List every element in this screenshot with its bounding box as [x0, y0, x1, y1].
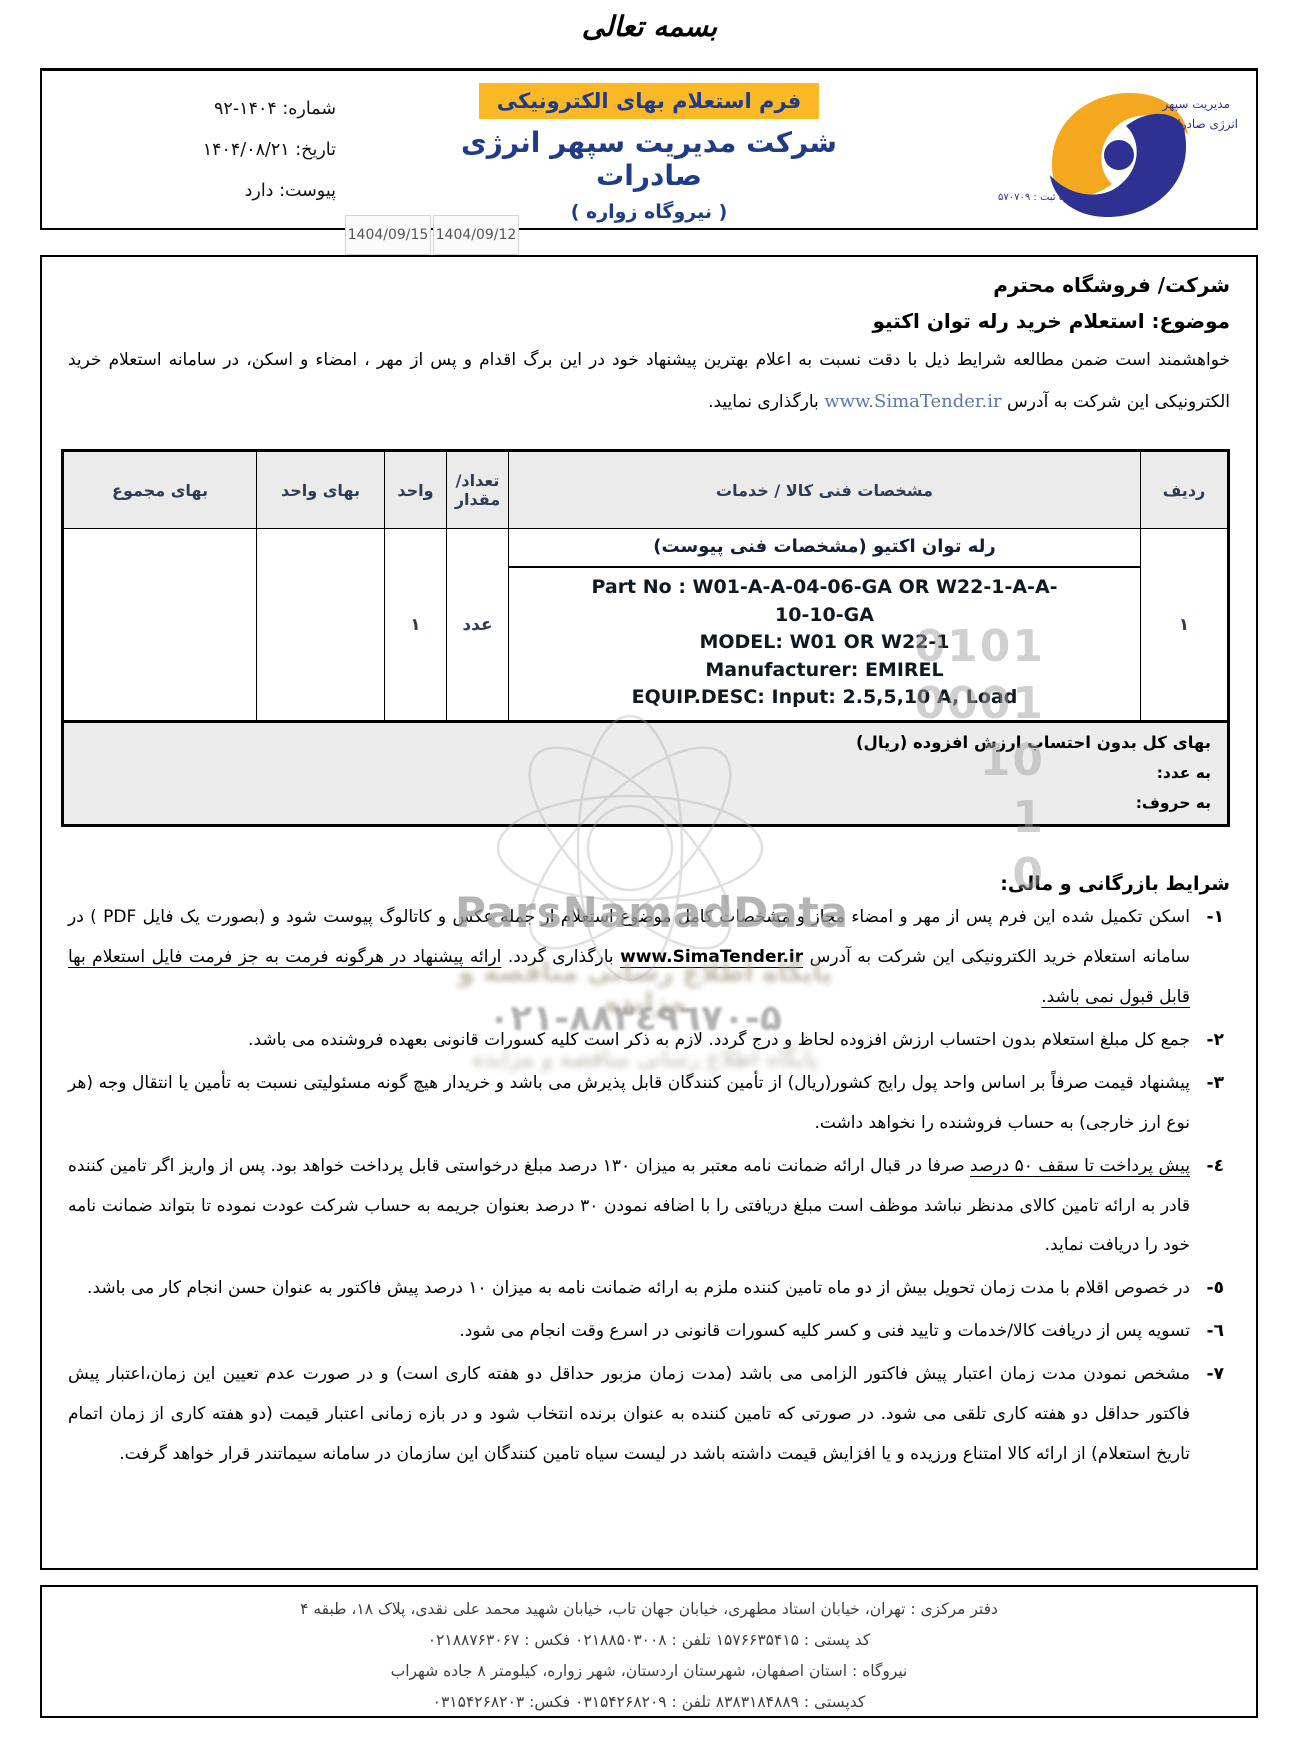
number-value: ۱۴۰۴-۹۲ [214, 99, 277, 119]
header-meta: شماره: ۱۴۰۴-۹۲ تاریخ: ۱۴۰۴/۰۸/۲۱ پیوست: … [100, 89, 336, 212]
condition-item: ۱-اسکن تکمیل شده این فرم پس از مهر و امض… [68, 898, 1230, 1018]
table-header-row: ردیف مشخصات فنی کالا / خدمات تعداد/ مقدا… [63, 451, 1229, 529]
attachment-line: پیوست: دارد [100, 171, 336, 212]
spec-line: MODEL: W01 OR W22-1 [521, 629, 1128, 657]
spec-line: EQUIP.DESC: Input: 2.5,5,10 A, Load [521, 684, 1128, 712]
header-titles: فرم استعلام بهای الکترونیکی شرکت مدیریت … [409, 83, 889, 223]
condition-item: ۳-پیشنهاد قیمت صرفاً بر اساس واحد پول را… [68, 1064, 1230, 1144]
total-in-words-label[interactable]: به حروف: [80, 794, 1211, 812]
date-stamp: 1404/09/12 [433, 215, 519, 255]
condition-text: بارگذاری گردد. [501, 947, 620, 967]
intro-text-before: خواهشمند است ضمن مطالعه شرایط ذیل با دقت… [68, 350, 1230, 412]
letter-date-line: تاریخ: ۱۴۰۴/۰۸/۲۱ [100, 130, 336, 171]
logo-text-line1: مدیریت سپهر [1163, 97, 1230, 111]
condition-number: ۲- [1207, 1021, 1224, 1061]
subject-line: موضوع: استعلام خرید رله توان اکتیو [68, 309, 1230, 333]
logo-registration-number: شماره ثبت : ۵۷۰۷۰۹ [998, 192, 1086, 203]
total-without-vat-label: بهای کل بدون احتساب ارزش افزوده (ریال) [80, 733, 1211, 752]
footer-contact-box: دفتر مرکزی : تهران، خیابان استاد مطهری، … [40, 1585, 1258, 1718]
cell-total-price[interactable] [63, 529, 257, 722]
condition-item: ٤-پیش پرداخت تا سقف ۵۰ درصد صرفا در قبال… [68, 1147, 1230, 1267]
condition-text: جمع کل مبلغ استعلام بدون احتساب ارزش افز… [248, 1030, 1190, 1050]
simatender-link[interactable]: www.SimaTender.ir [620, 947, 803, 967]
condition-item: ٦-تسویه پس از دریافت کالا/خدمات و تایید … [68, 1312, 1230, 1352]
condition-number: ۱- [1207, 898, 1224, 938]
date-label: تاریخ: [295, 140, 336, 160]
date-stamp: 1404/09/15 [345, 215, 431, 255]
date-stamps: 1404/09/151404/09/12 [345, 215, 519, 255]
condition-item: ۲-جمع کل مبلغ استعلام بدون احتساب ارزش ا… [68, 1021, 1230, 1061]
col-header-unit: واحد [385, 451, 447, 529]
attachment-label: پیوست: [279, 181, 336, 201]
condition-number: ٤- [1207, 1147, 1224, 1187]
total-in-digits-label[interactable]: به عدد: [80, 764, 1211, 782]
logo-text-line2: انرژی صادرات [1166, 117, 1238, 131]
items-table: ردیف مشخصات فنی کالا / خدمات تعداد/ مقدا… [61, 449, 1230, 827]
company-name: شرکت مدیریت سپهر انرژی صادرات [409, 126, 889, 192]
condition-text: مشخص نمودن مدت زمان اعتبار پیش فاکتور ال… [68, 1364, 1190, 1464]
specs-lines: Part No : W01-A-A-04-06-GA OR W22-1-A-A-… [509, 568, 1140, 720]
date-value: ۱۴۰۴/۰۸/۲۱ [203, 140, 290, 160]
attachment-value: دارد [245, 181, 274, 201]
cell-qty: عدد [447, 529, 509, 722]
cell-unit-price[interactable] [257, 529, 385, 722]
simatender-link[interactable]: www.SimaTender.ir [824, 391, 1001, 412]
col-header-qty: تعداد/ مقدار [447, 451, 509, 529]
condition-number: ۷- [1207, 1355, 1224, 1395]
total-row: بهای کل بدون احتساب ارزش افزوده (ریال) ب… [63, 721, 1229, 825]
col-header-total-price: بهای مجموع [63, 451, 257, 529]
col-header-specs: مشخصات فنی کالا / خدمات [509, 451, 1141, 529]
intro-text-after: بارگذاری نمایید. [708, 392, 824, 412]
col-header-unit-price: بهای واحد [257, 451, 385, 529]
bismillah-calligraphy: بسمه تعالی [0, 10, 1299, 43]
letter-number-line: شماره: ۱۴۰۴-۹۲ [100, 89, 336, 130]
condition-number: ٦- [1207, 1312, 1224, 1352]
condition-text: در خصوص اقلام با مدت زمان تحویل بیش از د… [87, 1278, 1190, 1298]
underlined-clause: پیش پرداخت تا سقف ۵۰ درصد [970, 1156, 1190, 1176]
conditions-list: ۱-اسکن تکمیل شده این فرم پس از مهر و امض… [68, 898, 1230, 1475]
cell-radif: ۱ [1141, 529, 1229, 722]
condition-text: پیشنهاد قیمت صرفاً بر اساس واحد پول رایج… [68, 1073, 1190, 1133]
letter-body-box: شرکت/ فروشگاه محترم موضوع: استعلام خرید … [40, 255, 1258, 1570]
table-row: ۱ رله توان اکتیو (مشخصات فنی پیوست) Part… [63, 529, 1229, 722]
conditions-heading: شرایط بازرگانی و مالی: [68, 873, 1230, 895]
company-logo: مدیریت سپهر انرژی صادرات شماره ثبت : ۵۷۰… [994, 75, 1244, 227]
cell-unit: ۱ [385, 529, 447, 722]
footer-contact-line: دفتر مرکزی : تهران، خیابان استاد مطهری، … [42, 1594, 1256, 1625]
col-header-radif: ردیف [1141, 451, 1229, 529]
total-cell: بهای کل بدون احتساب ارزش افزوده (ریال) ب… [63, 721, 1229, 825]
salutation: شرکت/ فروشگاه محترم [68, 273, 1230, 297]
condition-text: تسویه پس از دریافت کالا/خدمات و تایید فن… [459, 1321, 1190, 1341]
cell-specs: رله توان اکتیو (مشخصات فنی پیوست) Part N… [509, 529, 1141, 722]
spec-line: Part No : W01-A-A-04-06-GA OR W22-1-A-A- [521, 574, 1128, 602]
header-box: شماره: ۱۴۰۴-۹۲ تاریخ: ۱۴۰۴/۰۸/۲۱ پیوست: … [40, 68, 1258, 230]
footer-contact-line: کدپستی : ۸۳۸۳۱۸۴۸۸۹ تلفن : ۰۳۱۵۴۲۶۸۲۰۹ ف… [42, 1687, 1256, 1718]
specs-title: رله توان اکتیو (مشخصات فنی پیوست) [509, 529, 1140, 568]
footer-contact-line: کد پستی : ۱۵۷۶۶۳۵۴۱۵ تلفن : ۰۲۱۸۸۵۰۳۰۰۸ … [42, 1625, 1256, 1656]
condition-item: ٥-در خصوص اقلام با مدت زمان تحویل بیش از… [68, 1269, 1230, 1309]
condition-item: ۷-مشخص نمودن مدت زمان اعتبار پیش فاکتور … [68, 1355, 1230, 1475]
spec-line: 10-10-GA [521, 602, 1128, 630]
form-title-badge: فرم استعلام بهای الکترونیکی [479, 83, 820, 119]
number-label: شماره: [282, 99, 336, 119]
intro-paragraph: خواهشمند است ضمن مطالعه شرایط ذیل با دقت… [68, 341, 1230, 423]
footer-contact-line: نیروگاه : استان اصفهان، شهرستان اردستان،… [42, 1656, 1256, 1687]
condition-number: ۳- [1207, 1064, 1224, 1104]
condition-number: ٥- [1207, 1269, 1224, 1309]
spec-line: Manufacturer: EMIREL [521, 657, 1128, 685]
